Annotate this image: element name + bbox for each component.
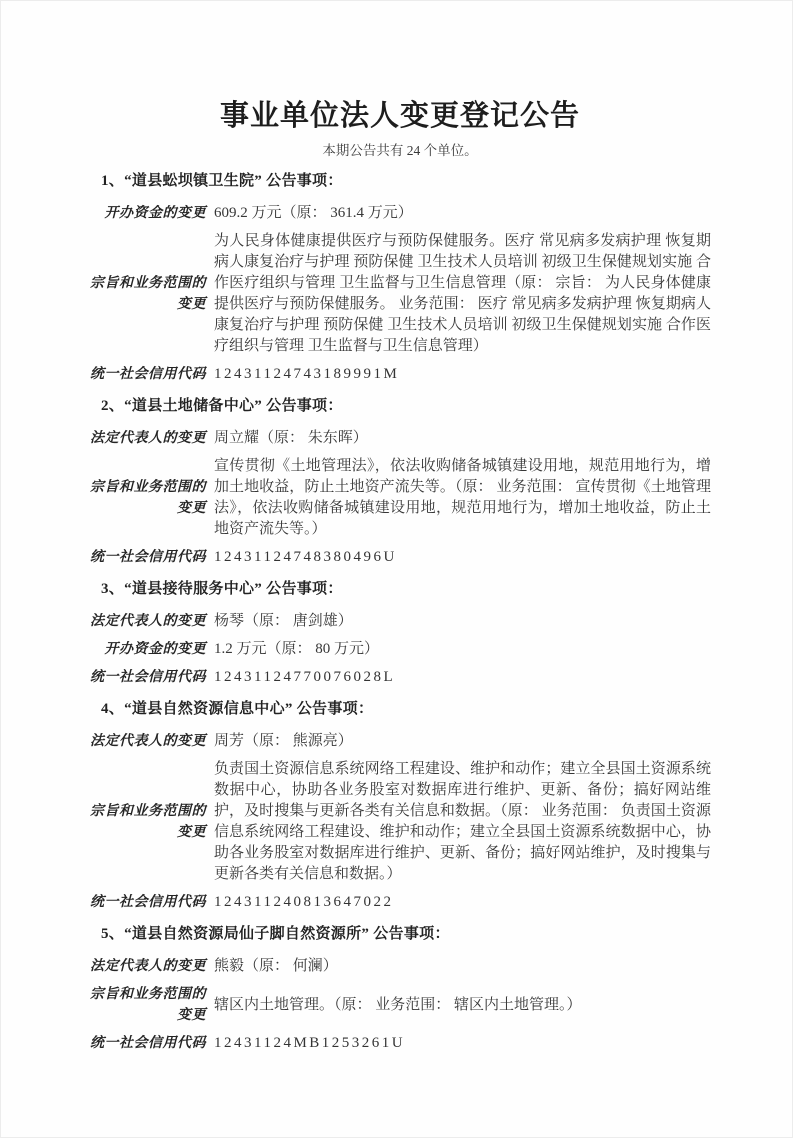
item-heading: 5、“道县自然资源局仙子脚自然资源所” 公告事项： <box>101 924 711 945</box>
field-scope-change: 宗旨和业务范围的变更为人民身体健康提供医疗与预防保健服务。医疗 常见病多发病护理… <box>89 231 711 357</box>
field-label: 开办资金的变更 <box>89 639 206 660</box>
field-legal-rep-change: 法定代表人的变更周芳（原： 熊源亮） <box>89 731 711 752</box>
field-label: 统一社会信用代码 <box>89 547 206 568</box>
field-value: 12431124743189991M <box>214 364 711 385</box>
field-label: 法定代表人的变更 <box>89 611 206 632</box>
field-value: 负责国土资源信息系统网络工程建设、维护和动作；建立全县国土资源系统数据中心，协助… <box>214 759 711 885</box>
field-label: 宗旨和业务范围的变更 <box>89 273 206 315</box>
item-heading: 4、“道县自然资源信息中心” 公告事项： <box>101 699 711 720</box>
field-label: 法定代表人的变更 <box>89 428 206 449</box>
item-heading: 2、“道县土地储备中心” 公告事项： <box>101 396 711 417</box>
field-value: 12431124770076028L <box>214 667 711 688</box>
field-label: 统一社会信用代码 <box>89 667 206 688</box>
field-label: 法定代表人的变更 <box>89 956 206 977</box>
announcement-items: 1、“道县蚣坝镇卫生院” 公告事项：开办资金的变更609.2 万元（原： 361… <box>89 171 711 1054</box>
field-capital-change: 开办资金的变更609.2 万元（原： 361.4 万元） <box>89 203 711 224</box>
field-scope-change: 宗旨和业务范围的变更辖区内土地管理。（原： 业务范围： 辖区内土地管理。） <box>89 984 711 1026</box>
field-label: 开办资金的变更 <box>89 203 206 224</box>
item-heading: 1、“道县蚣坝镇卫生院” 公告事项： <box>101 171 711 192</box>
field-scope-change: 宗旨和业务范围的变更宣传贯彻《土地管理法》，依法收购储备城镇建设用地，规范用地行… <box>89 456 711 540</box>
document-subtitle: 本期公告共有 24 个单位。 <box>89 141 711 160</box>
field-value: 杨琴（原： 唐剑雄） <box>214 611 711 632</box>
field-label: 宗旨和业务范围的变更 <box>89 477 206 519</box>
field-label: 统一社会信用代码 <box>89 1033 206 1054</box>
field-label: 统一社会信用代码 <box>89 892 206 913</box>
field-credit-code: 统一社会信用代码12431124748380496U <box>89 547 711 568</box>
field-capital-change: 开办资金的变更1.2 万元（原： 80 万元） <box>89 639 711 660</box>
field-value: 周芳（原： 熊源亮） <box>214 731 711 752</box>
field-legal-rep-change: 法定代表人的变更熊毅（原： 何澜） <box>89 956 711 977</box>
field-scope-change: 宗旨和业务范围的变更负责国土资源信息系统网络工程建设、维护和动作；建立全县国土资… <box>89 759 711 885</box>
announcement-item: 2、“道县土地储备中心” 公告事项：法定代表人的变更周立耀（原： 朱东晖）宗旨和… <box>89 396 711 568</box>
field-credit-code: 统一社会信用代码12431124MB1253261U <box>89 1033 711 1054</box>
field-credit-code: 统一社会信用代码12431124743189991M <box>89 364 711 385</box>
field-value: 609.2 万元（原： 361.4 万元） <box>214 203 711 224</box>
field-legal-rep-change: 法定代表人的变更周立耀（原： 朱东晖） <box>89 428 711 449</box>
field-credit-code: 统一社会信用代码124311240813647022 <box>89 892 711 913</box>
field-value: 1.2 万元（原： 80 万元） <box>214 639 711 660</box>
field-label: 统一社会信用代码 <box>89 364 206 385</box>
field-value: 周立耀（原： 朱东晖） <box>214 428 711 449</box>
announcement-item: 5、“道县自然资源局仙子脚自然资源所” 公告事项：法定代表人的变更熊毅（原： 何… <box>89 924 711 1054</box>
field-value: 辖区内土地管理。（原： 业务范围： 辖区内土地管理。） <box>214 995 711 1016</box>
field-value: 为人民身体健康提供医疗与预防保健服务。医疗 常见病多发病护理 恢复期病人康复治疗… <box>214 231 711 357</box>
field-value: 宣传贯彻《土地管理法》，依法收购储备城镇建设用地，规范用地行为，增加土地收益，防… <box>214 456 711 540</box>
announcement-item: 3、“道县接待服务中心” 公告事项：法定代表人的变更杨琴（原： 唐剑雄）开办资金… <box>89 579 711 688</box>
field-legal-rep-change: 法定代表人的变更杨琴（原： 唐剑雄） <box>89 611 711 632</box>
field-label: 宗旨和业务范围的变更 <box>89 984 206 1026</box>
field-value: 12431124748380496U <box>214 547 711 568</box>
announcement-item: 4、“道县自然资源信息中心” 公告事项：法定代表人的变更周芳（原： 熊源亮）宗旨… <box>89 699 711 913</box>
item-heading: 3、“道县接待服务中心” 公告事项： <box>101 579 711 600</box>
field-label: 宗旨和业务范围的变更 <box>89 801 206 843</box>
field-value: 12431124MB1253261U <box>214 1033 711 1054</box>
field-credit-code: 统一社会信用代码12431124770076028L <box>89 667 711 688</box>
field-value: 124311240813647022 <box>214 892 711 913</box>
announcement-document-page: 事业单位法人变更登记公告 本期公告共有 24 个单位。 1、“道县蚣坝镇卫生院”… <box>0 0 793 1138</box>
field-label: 法定代表人的变更 <box>89 731 206 752</box>
document-title: 事业单位法人变更登记公告 <box>89 98 711 134</box>
announcement-item: 1、“道县蚣坝镇卫生院” 公告事项：开办资金的变更609.2 万元（原： 361… <box>89 171 711 385</box>
field-value: 熊毅（原： 何澜） <box>214 956 711 977</box>
